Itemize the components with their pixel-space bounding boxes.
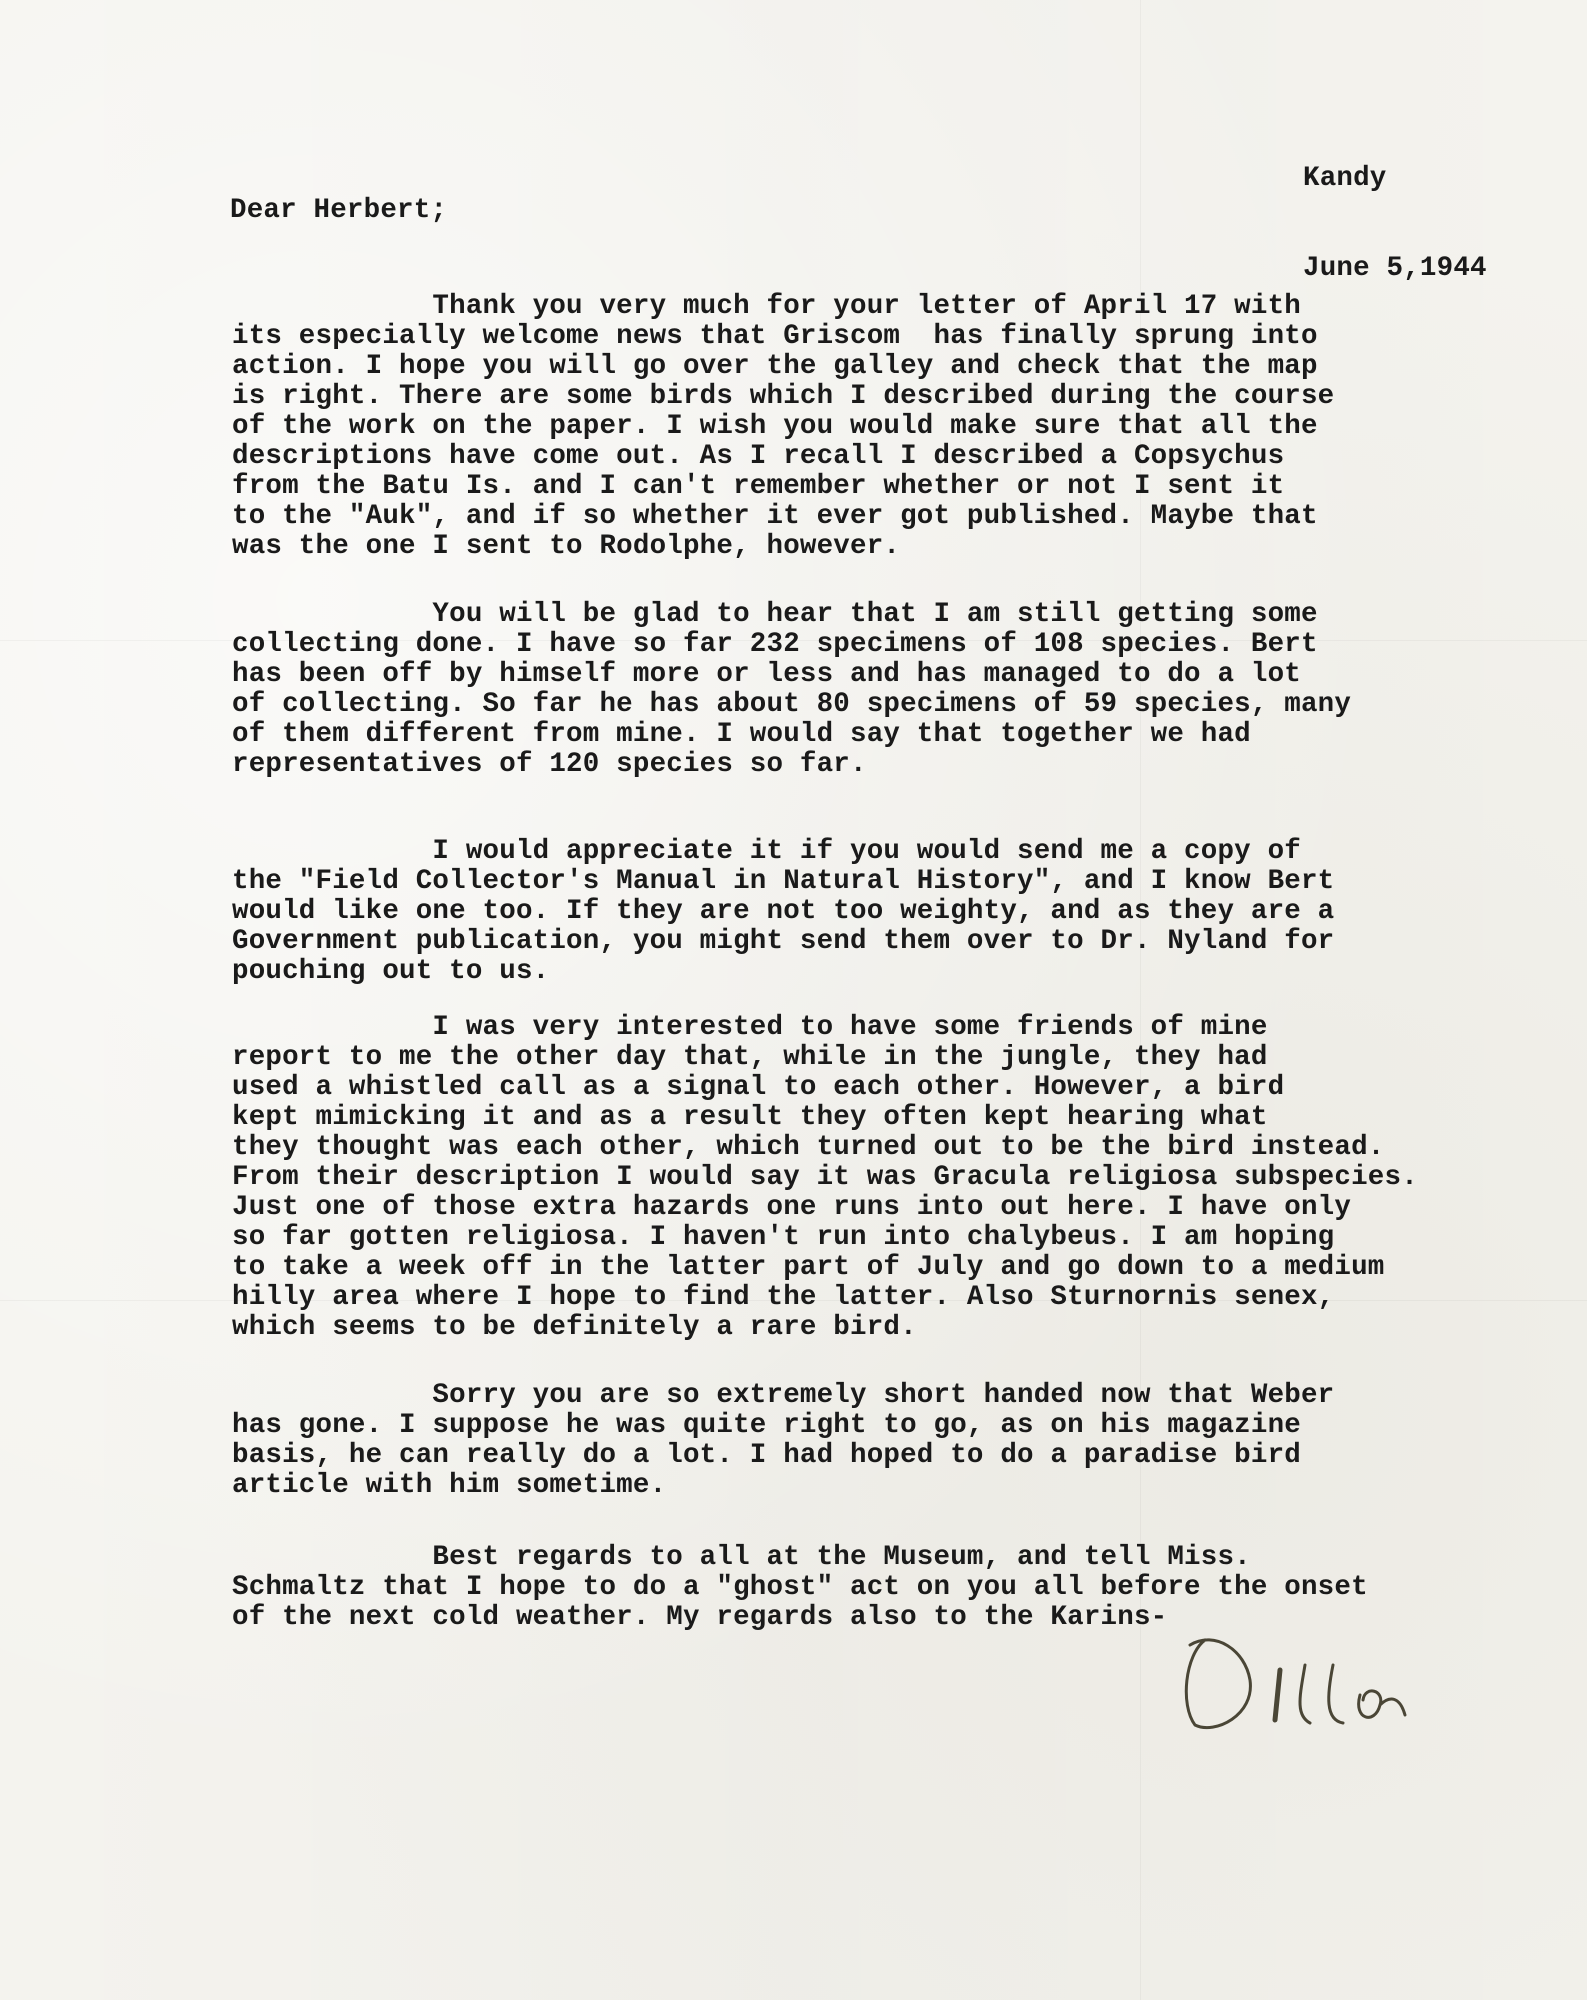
letter-line: of collecting. So far he has about 80 sp… <box>232 690 1351 720</box>
letter-line: pouching out to us. <box>232 957 1334 987</box>
letter-line: Government publication, you might send t… <box>232 927 1334 957</box>
letter-line: descriptions have come out. As I recall … <box>232 442 1334 472</box>
letter-line: of them different from mine. I would say… <box>232 720 1351 750</box>
letter-line: used a whistled call as a signal to each… <box>232 1073 1418 1103</box>
letter-paragraph: Thank you very much for your letter of A… <box>232 292 1334 562</box>
letter-line: is right. There are some birds which I d… <box>232 382 1334 412</box>
letter-line: Just one of those extra hazards one runs… <box>232 1193 1418 1223</box>
letter-paragraph: I was very interested to have some frien… <box>232 1013 1418 1343</box>
letter-date: June 5,1944 <box>1303 254 1487 284</box>
letter-page: Kandy June 5,1944 Dear Herbert; Thank yo… <box>0 0 1587 2000</box>
letter-line: so far gotten religiosa. I haven't run i… <box>232 1223 1418 1253</box>
letter-line: action. I hope you will go over the gall… <box>232 352 1334 382</box>
letter-paragraph: Sorry you are so extremely short handed … <box>232 1381 1334 1501</box>
letter-line: You will be glad to hear that I am still… <box>232 600 1351 630</box>
letter-line: report to me the other day that, while i… <box>232 1043 1418 1073</box>
letter-line: I was very interested to have some frien… <box>232 1013 1418 1043</box>
handwritten-signature <box>1175 1625 1435 1735</box>
letter-line: to the "Auk", and if so whether it ever … <box>232 502 1334 532</box>
letter-line: they thought was each other, which turne… <box>232 1133 1418 1163</box>
letter-line: to take a week off in the latter part of… <box>232 1253 1418 1283</box>
letter-line: kept mimicking it and as a result they o… <box>232 1103 1418 1133</box>
letter-line: of the work on the paper. I wish you wou… <box>232 412 1334 442</box>
letter-line: hilly area where I hope to find the latt… <box>232 1283 1418 1313</box>
letter-place: Kandy <box>1303 164 1487 194</box>
letter-paragraph: You will be glad to hear that I am still… <box>232 600 1351 780</box>
letter-line: its especially welcome news that Griscom… <box>232 322 1334 352</box>
letter-line: from the Batu Is. and I can't remember w… <box>232 472 1334 502</box>
letter-paragraph: Best regards to all at the Museum, and t… <box>232 1543 1368 1633</box>
letter-salutation: Dear Herbert; <box>230 196 447 226</box>
letter-line: Sorry you are so extremely short handed … <box>232 1381 1334 1411</box>
letter-line: would like one too. If they are not too … <box>232 897 1334 927</box>
letter-line: Schmaltz that I hope to do a "ghost" act… <box>232 1573 1368 1603</box>
letter-line: Best regards to all at the Museum, and t… <box>232 1543 1368 1573</box>
letter-line: the "Field Collector's Manual in Natural… <box>232 867 1334 897</box>
letter-line: has gone. I suppose he was quite right t… <box>232 1411 1334 1441</box>
letter-line: collecting done. I have so far 232 speci… <box>232 630 1351 660</box>
letter-line: From their description I would say it wa… <box>232 1163 1418 1193</box>
letter-line: basis, he can really do a lot. I had hop… <box>232 1441 1334 1471</box>
letter-line: I would appreciate it if you would send … <box>232 837 1334 867</box>
letter-line: has been off by himself more or less and… <box>232 660 1351 690</box>
letter-line: Thank you very much for your letter of A… <box>232 292 1334 322</box>
letter-line: representatives of 120 species so far. <box>232 750 1351 780</box>
letter-line: was the one I sent to Rodolphe, however. <box>232 532 1334 562</box>
letter-paragraph: I would appreciate it if you would send … <box>232 837 1334 987</box>
letter-line: which seems to be definitely a rare bird… <box>232 1313 1418 1343</box>
letter-line: article with him sometime. <box>232 1471 1334 1501</box>
